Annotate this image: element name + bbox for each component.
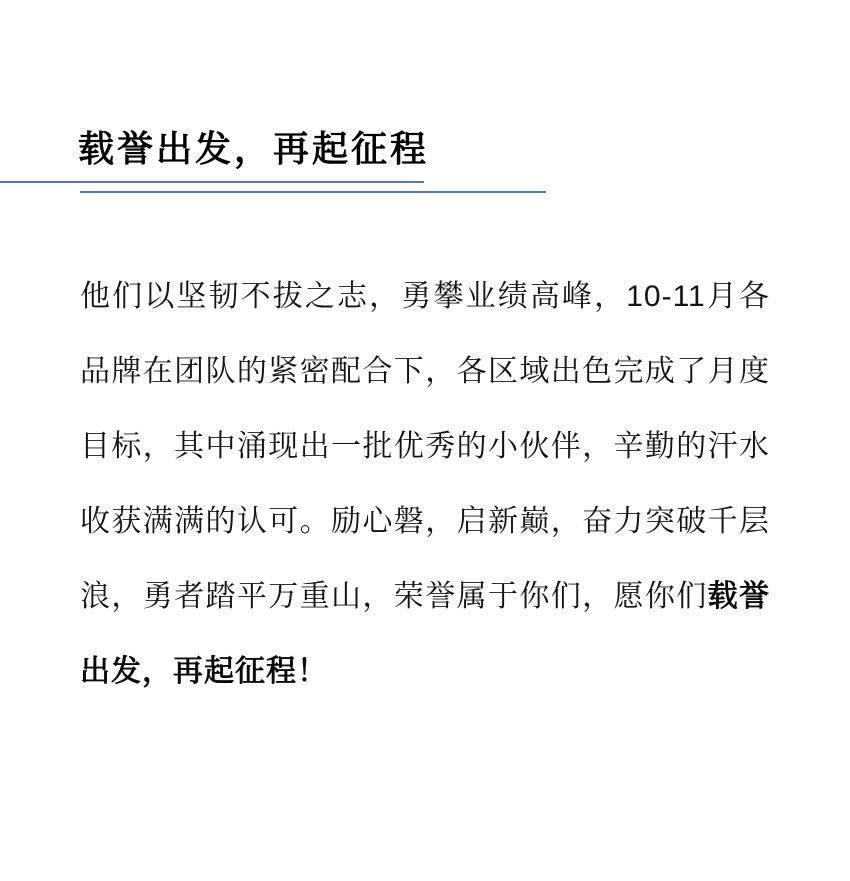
title-divider-right <box>80 191 546 193</box>
article-page: 载誉出发，再起征程 他们以坚韧不拔之志，勇攀业绩高峰，10-11月各品牌在团队的… <box>0 0 850 881</box>
paragraph-body-text: 他们以坚韧不拔之志，勇攀业绩高峰，10-11月各品牌在团队的紧密配合下，各区域出… <box>80 280 770 613</box>
article-title: 载誉出发，再起征程 <box>78 128 429 170</box>
article-paragraph: 他们以坚韧不拔之志，勇攀业绩高峰，10-11月各品牌在团队的紧密配合下，各区域出… <box>80 259 770 709</box>
title-divider-left <box>0 181 424 183</box>
